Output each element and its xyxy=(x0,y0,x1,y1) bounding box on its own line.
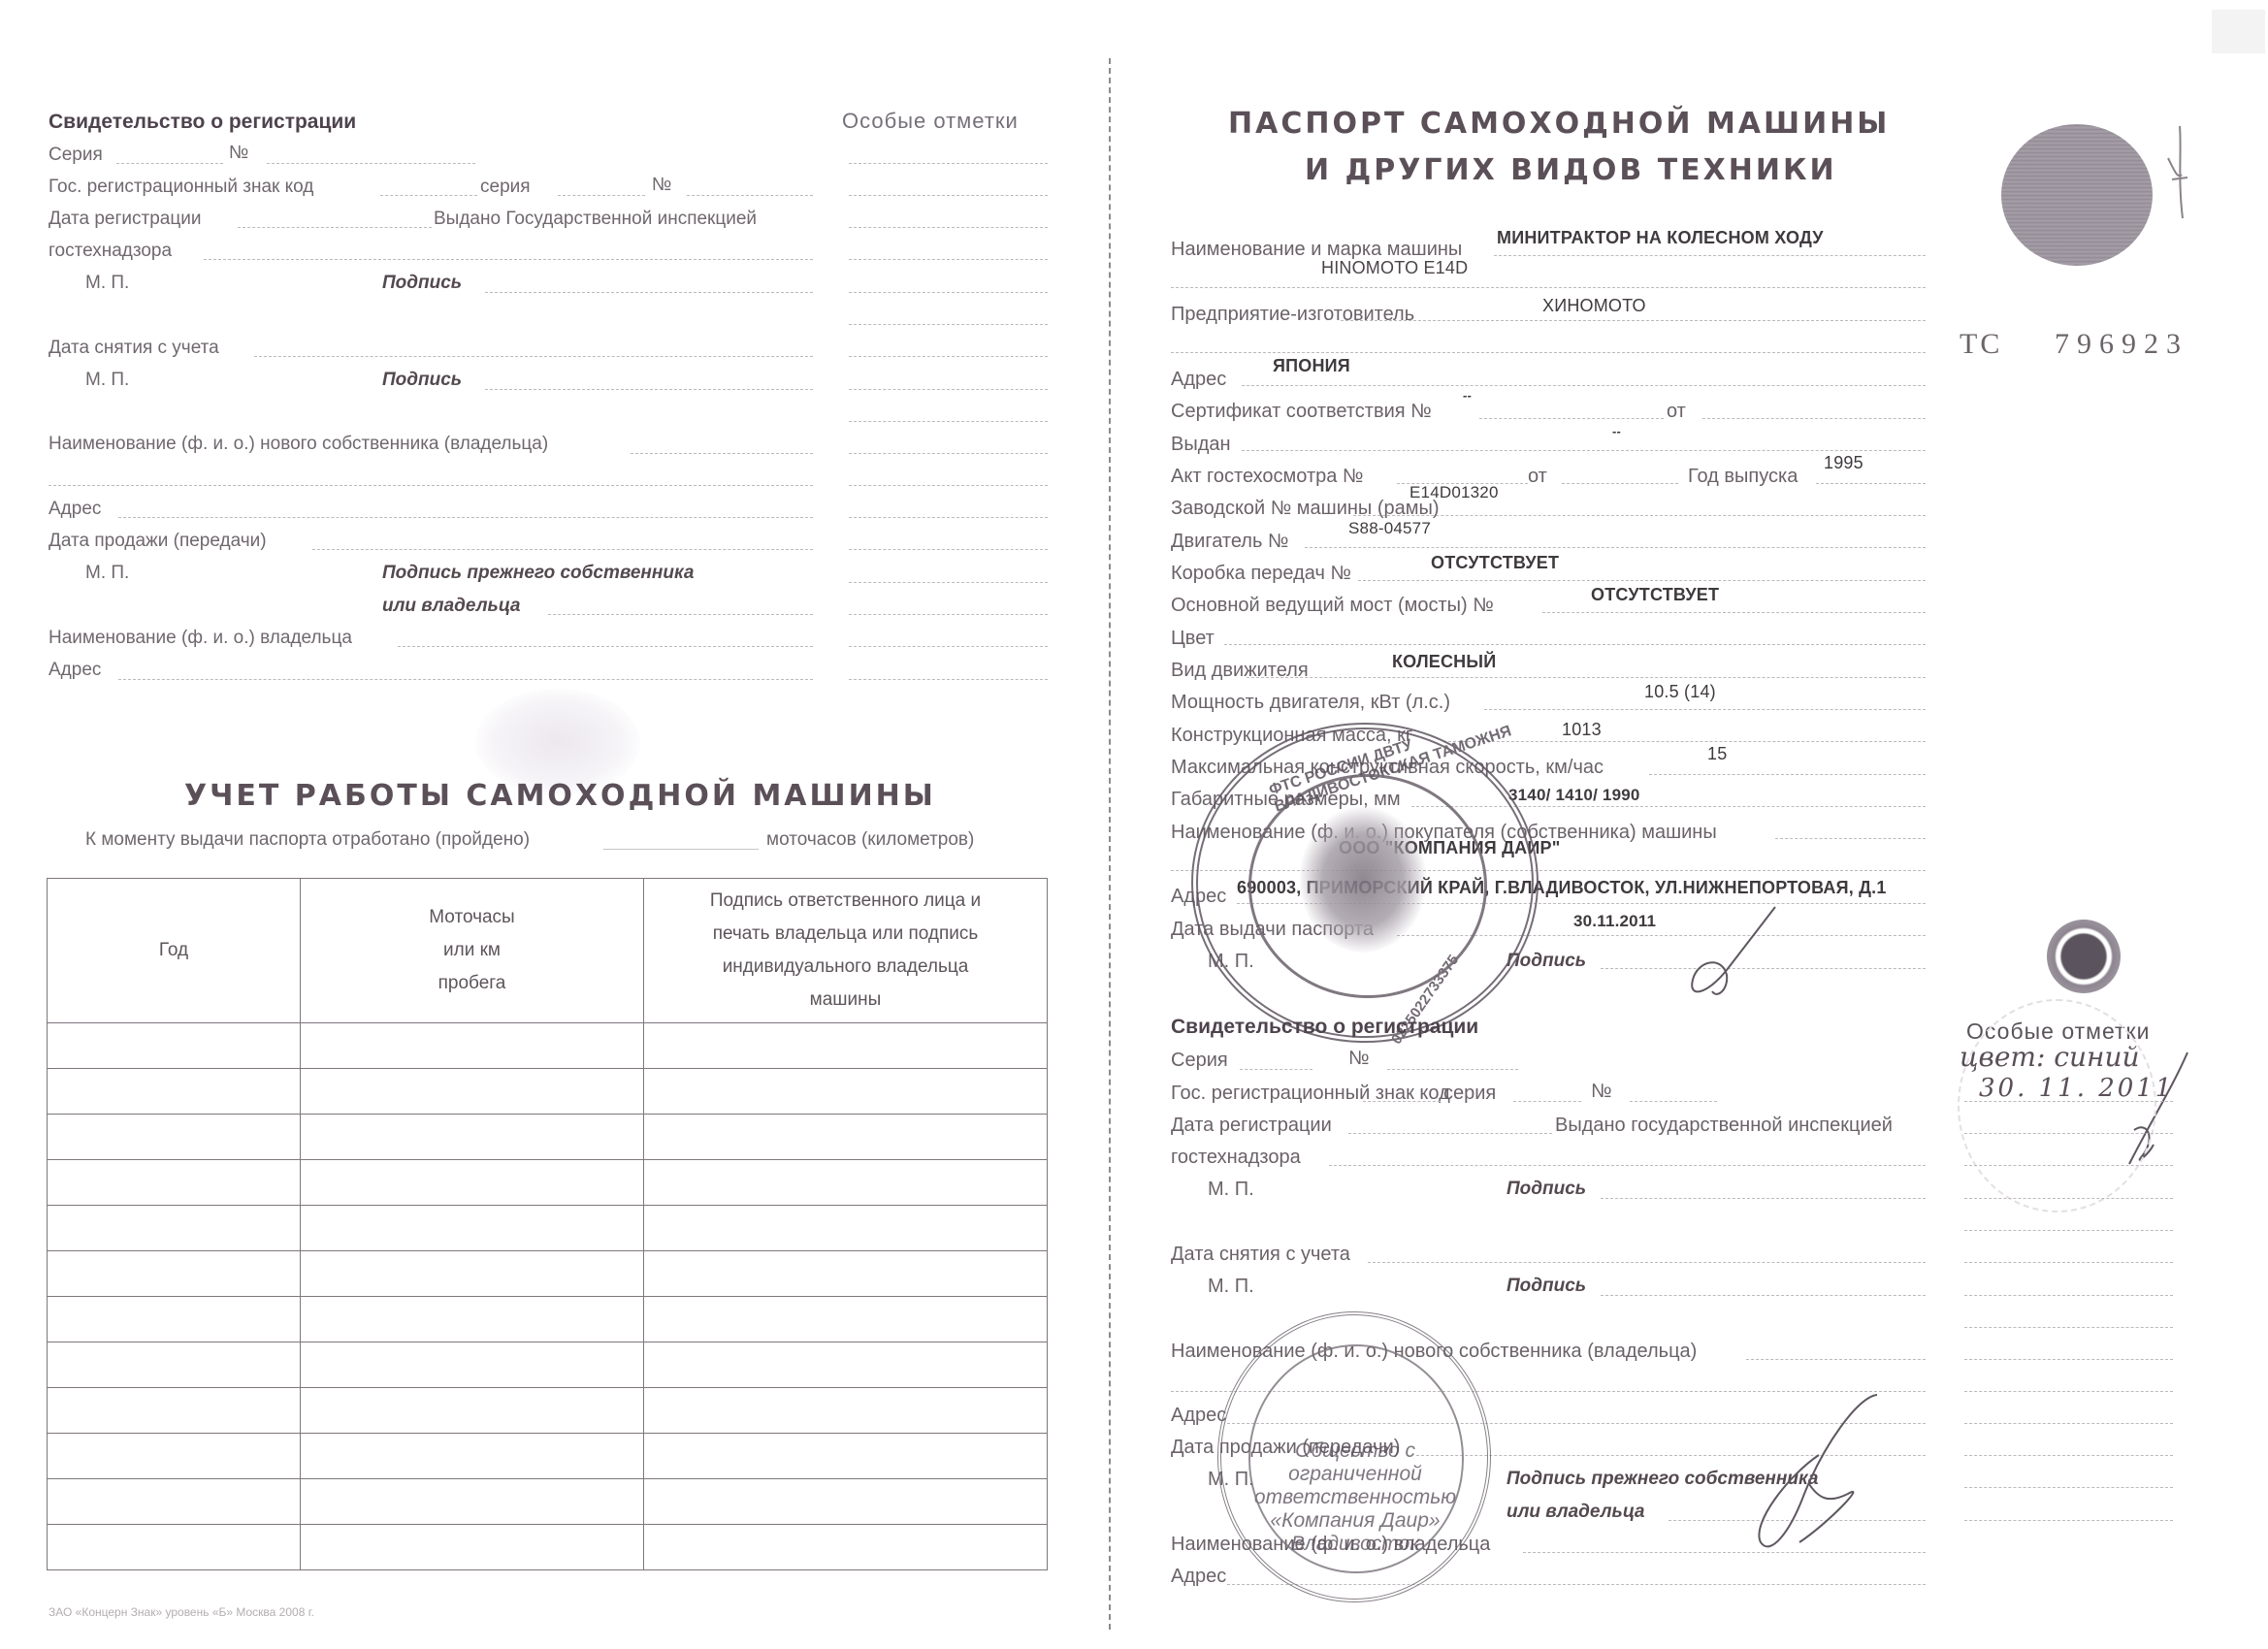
issued-label: Выдан xyxy=(1171,434,1231,456)
series-label: Серия xyxy=(49,145,103,166)
column-hours: Моточасы или км пробега xyxy=(301,879,644,1023)
hours-cell[interactable] xyxy=(301,1160,644,1206)
company-stamp: Общество с ограниченной ответственностью… xyxy=(1217,1311,1491,1602)
signature-label: Подпись xyxy=(382,273,462,294)
work-log-heading: УЧЕТ РАБОТЫ САМОХОДНОЙ МАШИНЫ xyxy=(184,779,936,813)
issued-line xyxy=(1242,450,1926,451)
certificate-line xyxy=(1479,418,1664,419)
work-log-body xyxy=(48,1023,1048,1570)
machine-brand-value: HINOMOTO E14D xyxy=(1321,258,1468,278)
passport-series: ТС xyxy=(1960,328,2002,361)
year-cell[interactable] xyxy=(48,1479,301,1525)
manufacturer-label: Предприятие-изготовитель xyxy=(1171,304,1414,326)
plate-series-field-r[interactable] xyxy=(1513,1101,1581,1102)
signature-cell[interactable] xyxy=(644,1342,1048,1388)
machine-name-value: МИНИТРАКТОР НА КОЛЕСНОМ ХОДУ xyxy=(1497,228,1824,248)
prev-owner-signature-label-r2: или владельца xyxy=(1507,1502,1644,1523)
owner-address-label-r: Адрес xyxy=(1171,1566,1226,1588)
rosette-seal xyxy=(2047,920,2121,993)
table-row xyxy=(48,1388,1048,1434)
hours-cell[interactable] xyxy=(301,1251,644,1297)
stamp-place-label-2: М. П. xyxy=(85,370,129,391)
address-value: ЯПОНИЯ xyxy=(1273,356,1350,376)
axle-label: Основной ведущий мост (мосты) № xyxy=(1171,595,1494,617)
signature-cell[interactable] xyxy=(644,1251,1048,1297)
new-owner-field-2[interactable] xyxy=(49,485,813,486)
previous-owner-signature-icon xyxy=(1732,1387,1896,1562)
color-label: Цвет xyxy=(1171,628,1215,650)
plate-series-label-r: серия xyxy=(1443,1083,1496,1105)
table-row xyxy=(48,1525,1048,1570)
table-row xyxy=(48,1023,1048,1069)
signature-cell[interactable] xyxy=(644,1525,1048,1570)
frame-line xyxy=(1353,515,1926,516)
prev-owner-signature-label: Подпись прежнего собственника xyxy=(382,563,694,584)
owner-name-label: Наименование (ф. и. о.) владельца xyxy=(49,628,352,649)
customs-stamp: ФТС РОССИИ ДВТУ ВЛАДИВОСТОКСКАЯ ТАМОЖНЯ … xyxy=(1191,723,1539,1043)
propulsion-line xyxy=(1247,677,1926,678)
plate-number-field[interactable] xyxy=(687,195,813,196)
plate-code-field[interactable] xyxy=(380,195,477,196)
owner-name-field[interactable] xyxy=(398,646,813,647)
table-row xyxy=(48,1206,1048,1251)
signature-cell[interactable] xyxy=(644,1388,1048,1434)
hours-cell[interactable] xyxy=(301,1434,644,1479)
table-row xyxy=(48,1297,1048,1342)
work-log-table: Год Моточасы или км пробега Подпись отве… xyxy=(47,878,1048,1570)
hours-cell[interactable] xyxy=(301,1342,644,1388)
power-label: Мощность двигателя, кВт (л.с.) xyxy=(1171,692,1450,714)
stamp-place-label-r3: М. П. xyxy=(1208,1276,1254,1298)
certificate-label: Сертификат соответствия № xyxy=(1171,401,1432,423)
frame-value: E14D01320 xyxy=(1409,483,1499,502)
year-cell[interactable] xyxy=(48,1251,301,1297)
year-line xyxy=(1816,483,1926,484)
certificate-from-label: от xyxy=(1667,401,1686,423)
reg-date-field-r[interactable] xyxy=(1348,1133,1552,1134)
series-field[interactable] xyxy=(116,163,223,164)
owner-address-label: Адрес xyxy=(49,660,101,681)
issued-value: -- xyxy=(1612,424,1621,438)
sale-date-field[interactable] xyxy=(312,549,813,550)
signature-cell[interactable] xyxy=(644,1206,1048,1251)
new-owner-field-r[interactable] xyxy=(1746,1359,1926,1360)
manufacturer-line xyxy=(1341,320,1926,321)
speed-line xyxy=(1649,774,1926,775)
year-value: 1995 xyxy=(1824,453,1863,473)
year-cell[interactable] xyxy=(48,1434,301,1479)
certificate-from-line xyxy=(1702,418,1926,419)
inspection-label: Акт гостехосмотра № xyxy=(1171,466,1363,488)
signature-field-r2[interactable] xyxy=(1601,1198,1926,1199)
axle-line xyxy=(1542,612,1926,613)
mass-value: 1013 xyxy=(1562,720,1602,740)
reg-date-label-r: Дата регистрации xyxy=(1171,1115,1332,1137)
hologram-seal xyxy=(2001,124,2153,266)
hours-cell[interactable] xyxy=(301,1388,644,1434)
column-year: Год xyxy=(48,879,301,1023)
number-field-r[interactable] xyxy=(1387,1069,1518,1070)
dimensions-value: 3140/ 1410/ 1990 xyxy=(1508,786,1640,805)
signature-cell[interactable] xyxy=(644,1297,1048,1342)
signature-field-r3[interactable] xyxy=(1601,1295,1926,1296)
year-cell[interactable] xyxy=(48,1388,301,1434)
deregistration-field[interactable] xyxy=(254,356,813,357)
hologram-signature-icon xyxy=(2158,121,2197,228)
address-field[interactable] xyxy=(118,517,813,518)
hours-cell[interactable] xyxy=(301,1115,644,1160)
prev-owner-signature-label-2: или владельца xyxy=(382,596,520,617)
engine-value: S88-04577 xyxy=(1348,519,1431,538)
gearbox-label: Коробка передач № xyxy=(1171,563,1351,585)
address-label-r2: Адрес xyxy=(1171,1405,1226,1427)
year-label: Год выпуска xyxy=(1688,466,1798,488)
axle-value: ОТСУТСТВУЕТ xyxy=(1591,585,1719,605)
column-signature: Подпись ответственного лица и печать вла… xyxy=(644,879,1048,1023)
plate-number-label-r: № xyxy=(1591,1081,1611,1103)
page-fold-divider xyxy=(1109,58,1111,1630)
owner-address-field[interactable] xyxy=(118,679,813,680)
gostekh-field-r[interactable] xyxy=(1329,1165,1926,1166)
stamp-place-label-r2: М. П. xyxy=(1208,1179,1254,1201)
hours-cell[interactable] xyxy=(301,1479,644,1525)
year-cell[interactable] xyxy=(48,1023,301,1069)
propulsion-label: Вид движителя xyxy=(1171,660,1309,682)
new-owner-label: Наименование (ф. и. о.) нового собственн… xyxy=(49,434,548,455)
plate-series-label: серия xyxy=(480,177,531,198)
issue-date-value: 30.11.2011 xyxy=(1573,912,1656,931)
issued-by-label-r: Выдано государственной инспекцией xyxy=(1555,1115,1893,1137)
plate-series-field[interactable] xyxy=(558,195,645,196)
official-signature-icon xyxy=(1669,902,1785,999)
table-row xyxy=(48,1342,1048,1388)
hours-cell[interactable] xyxy=(301,1069,644,1115)
signature-cell[interactable] xyxy=(644,1434,1048,1479)
engine-line xyxy=(1305,547,1926,548)
inspection-from-line xyxy=(1562,483,1678,484)
plate-number-label: № xyxy=(652,175,671,196)
gostekh-label: гостехнадзора xyxy=(49,241,172,262)
signature-label-r3: Подпись xyxy=(1507,1276,1586,1297)
address-label: Адрес xyxy=(49,499,101,520)
gearbox-line xyxy=(1358,580,1926,581)
power-value: 10.5 (14) xyxy=(1644,682,1716,702)
address-label-r: Адрес xyxy=(1171,369,1226,391)
number-field[interactable] xyxy=(267,163,475,164)
worked-suffix: моточасов (километров) xyxy=(766,829,974,851)
machine-brand-line xyxy=(1171,287,1926,288)
passport-number: 796923 xyxy=(2055,328,2188,361)
signature-field-2[interactable] xyxy=(485,389,813,390)
plate-number-field-r[interactable] xyxy=(1630,1101,1717,1102)
stamp-place-label: М. П. xyxy=(85,273,129,294)
table-row xyxy=(48,1251,1048,1297)
reg-date-label: Дата регистрации xyxy=(49,209,201,230)
plate-code-field-r[interactable] xyxy=(1363,1101,1441,1102)
registration-heading: Свидетельство о регистрации xyxy=(49,111,356,134)
year-cell[interactable] xyxy=(48,1342,301,1388)
sale-date-label: Дата продажи (передачи) xyxy=(49,531,267,552)
table-row xyxy=(48,1479,1048,1525)
signature-cell[interactable] xyxy=(644,1115,1048,1160)
gostekh-label-r: гостехнадзора xyxy=(1171,1147,1301,1169)
machine-name-line xyxy=(1494,255,1926,256)
address-line xyxy=(1242,385,1926,386)
year-cell[interactable] xyxy=(48,1297,301,1342)
worked-hours-field[interactable] xyxy=(603,849,759,850)
table-row xyxy=(48,1115,1048,1160)
propulsion-value: КОЛЕСНЫЙ xyxy=(1392,652,1496,672)
table-row xyxy=(48,1160,1048,1206)
company-stamp-text: Общество с ограниченной ответственностью… xyxy=(1229,1439,1481,1556)
new-owner-field[interactable] xyxy=(631,453,813,454)
prev-owner-signature-field[interactable] xyxy=(548,614,813,615)
signature-cell[interactable] xyxy=(644,1023,1048,1069)
deregistration-label-r: Дата снятия с учета xyxy=(1171,1244,1350,1266)
year-cell[interactable] xyxy=(48,1115,301,1160)
manufacturer-line-2 xyxy=(1171,352,1926,353)
issued-by-label: Выдано Государственной инспекцией xyxy=(434,209,757,230)
hours-cell[interactable] xyxy=(301,1023,644,1069)
stamp-place-label-3: М. П. xyxy=(85,563,129,584)
engine-label: Двигатель № xyxy=(1171,531,1288,553)
year-cell[interactable] xyxy=(48,1160,301,1206)
buyer-line xyxy=(1775,838,1926,839)
signature-cell[interactable] xyxy=(644,1479,1048,1525)
signature-cell[interactable] xyxy=(644,1160,1048,1206)
year-cell[interactable] xyxy=(48,1069,301,1115)
year-cell[interactable] xyxy=(48,1525,301,1570)
signature-label-2: Подпись xyxy=(382,370,462,391)
deregistration-label: Дата снятия с учета xyxy=(49,338,219,359)
manufacturer-value: ХИНОМОТО xyxy=(1542,296,1646,316)
inspection-from-label: от xyxy=(1528,466,1547,488)
registration-heading-r: Свидетельство о регистрации xyxy=(1171,1016,1478,1039)
frame-label: Заводской № машины (рамы) xyxy=(1171,498,1440,520)
table-row xyxy=(48,1069,1048,1115)
passport-title-line2: И ДРУГИХ ВИДОВ ТЕХНИКИ xyxy=(1305,153,1837,187)
series-label-r: Серия xyxy=(1171,1050,1228,1072)
faint-notes-stamp xyxy=(1958,999,2156,1212)
year-cell[interactable] xyxy=(48,1206,301,1251)
deregistration-field-r[interactable] xyxy=(1368,1262,1926,1263)
gearbox-value: ОТСУТСТВУЕТ xyxy=(1431,553,1559,573)
gostekh-field[interactable] xyxy=(204,259,813,260)
certificate-value: -- xyxy=(1463,388,1472,403)
color-line xyxy=(1224,644,1926,645)
hours-cell[interactable] xyxy=(301,1297,644,1342)
power-line xyxy=(1484,709,1926,710)
number-label-r: № xyxy=(1348,1048,1369,1070)
special-notes-heading: Особые отметки xyxy=(842,109,1019,134)
worked-prefix: К моменту выдачи паспорта отработано (пр… xyxy=(85,829,530,851)
passport-title-line1: ПАСПОРТ САМОХОДНОЙ МАШИНЫ xyxy=(1228,107,1890,141)
signature-label-r2: Подпись xyxy=(1507,1179,1586,1200)
hours-cell[interactable] xyxy=(301,1525,644,1570)
signature-field[interactable] xyxy=(485,292,813,293)
table-row xyxy=(48,1434,1048,1479)
printer-footer: ЗАО «Концерн Знак» уровень «Б» Москва 20… xyxy=(49,1605,314,1619)
scan-artifact xyxy=(2212,10,2265,53)
number-label: № xyxy=(229,143,248,164)
series-field-r[interactable] xyxy=(1240,1069,1312,1070)
reg-date-field[interactable] xyxy=(238,227,432,228)
speed-value: 15 xyxy=(1707,744,1727,764)
plate-label: Гос. регистрационный знак код xyxy=(49,177,313,198)
mass-line xyxy=(1443,741,1926,742)
signature-cell[interactable] xyxy=(644,1069,1048,1115)
hours-cell[interactable] xyxy=(301,1206,644,1251)
